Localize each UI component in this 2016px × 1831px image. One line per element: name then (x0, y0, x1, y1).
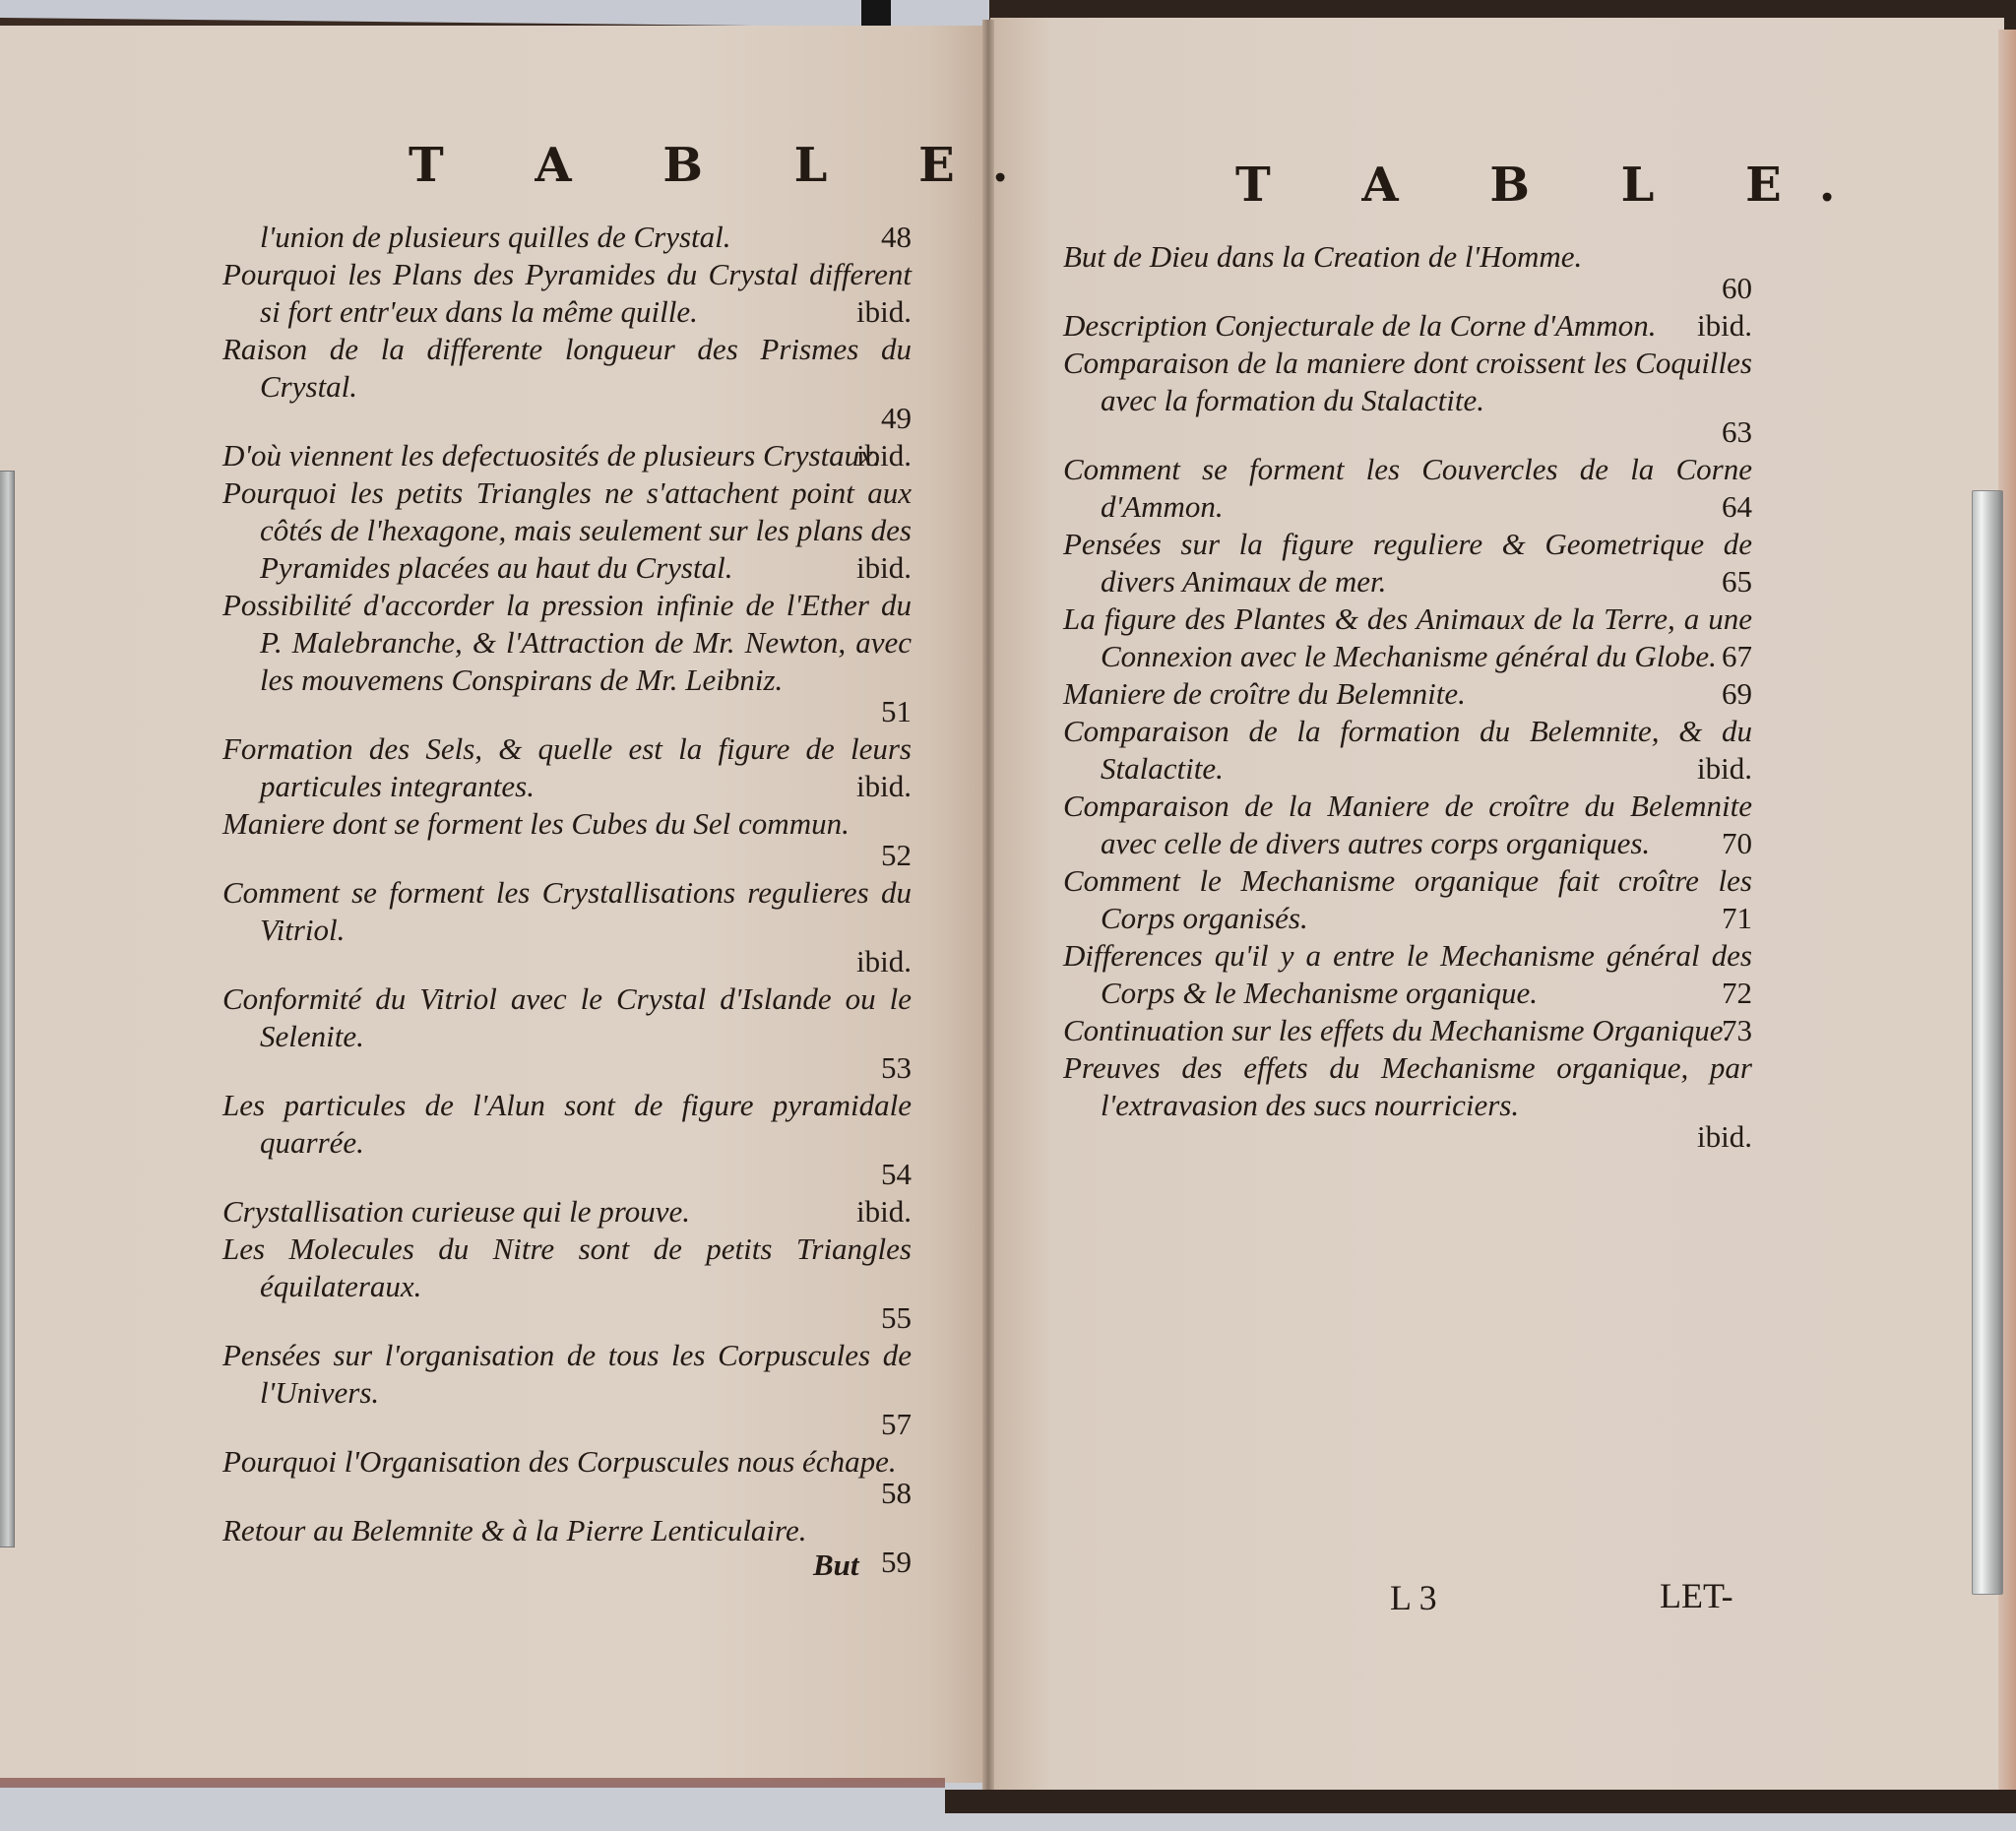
book-binding-bottom-right (945, 1790, 2016, 1813)
catchword-left: But (813, 1547, 859, 1583)
toc-entry: Pensées sur la figure reguliere & Geomet… (1063, 526, 1752, 600)
book-gutter (982, 20, 994, 1792)
left-table-of-contents: l'union de plusieurs quilles de Crystal.… (222, 219, 912, 1581)
toc-entry: Conformité du Vitriol avec le Crystal d'… (222, 980, 912, 1087)
signature-mark: L 3 (1390, 1577, 1437, 1618)
toc-entry: Comment le Mechanisme organique fait cro… (1063, 862, 1752, 937)
toc-entry: Maniere dont se forment les Cubes du Sel… (222, 805, 912, 874)
right-page-title: T A B L E. (1235, 158, 1872, 213)
toc-entry: Comment se forment les Couvercles de la … (1063, 451, 1752, 526)
toc-entry: D'où viennent les defectuosités de plusi… (222, 437, 912, 474)
toc-entry: Maniere de croître du Belemnite.69 (1063, 675, 1752, 713)
page-clip-left (0, 471, 15, 1547)
toc-entry: Raison de la differente longueur des Pri… (222, 331, 912, 437)
toc-entry: Comparaison de la Maniere de croître du … (1063, 788, 1752, 862)
toc-entry: Les particules de l'Alun sont de figure … (222, 1087, 912, 1193)
toc-entry: La figure des Plantes & des Animaux de l… (1063, 600, 1752, 675)
right-table-of-contents: But de Dieu dans la Creation de l'Homme.… (1063, 238, 1752, 1156)
toc-entry: Comparaison de la maniere dont croissent… (1063, 345, 1752, 451)
toc-entry: Pourquoi l'Organisation des Corpuscules … (222, 1443, 912, 1512)
page-clip-right (1972, 490, 2003, 1595)
toc-entry: Pourquoi les Plans des Pyramides du Crys… (222, 256, 912, 331)
toc-entry: Crystallisation curieuse qui le prouve.i… (222, 1193, 912, 1231)
toc-entry: Les Molecules du Nitre sont de petits Tr… (222, 1231, 912, 1337)
toc-entry: Comparaison de la formation du Belemnite… (1063, 713, 1752, 788)
left-page-title: T A B L E. (409, 138, 1045, 193)
toc-entry: Pourquoi les petits Triangles ne s'attac… (222, 474, 912, 587)
toc-entry: Formation des Sels, & quelle est la figu… (222, 730, 912, 805)
toc-entry: Description Conjecturale de la Corne d'A… (1063, 307, 1752, 345)
toc-entry: But de Dieu dans la Creation de l'Homme.… (1063, 238, 1752, 307)
toc-entry: Continuation sur les effets du Mechanism… (1063, 1012, 1752, 1049)
toc-entry: Differences qu'il y a entre le Mechanism… (1063, 937, 1752, 1012)
toc-entry: Retour au Belemnite & à la Pierre Lentic… (222, 1512, 912, 1581)
toc-entry: Possibilité d'accorder la pression infin… (222, 587, 912, 730)
catchword-right: LET- (1660, 1575, 1733, 1616)
toc-entry: l'union de plusieurs quilles de Crystal.… (222, 219, 912, 256)
toc-entry: Comment se forment les Crystallisations … (222, 874, 912, 980)
toc-entry: Preuves des effets du Mechanisme organiq… (1063, 1049, 1752, 1156)
toc-entry: Pensées sur l'organisation de tous les C… (222, 1337, 912, 1443)
book-binding-bottom-left (0, 1778, 945, 1788)
